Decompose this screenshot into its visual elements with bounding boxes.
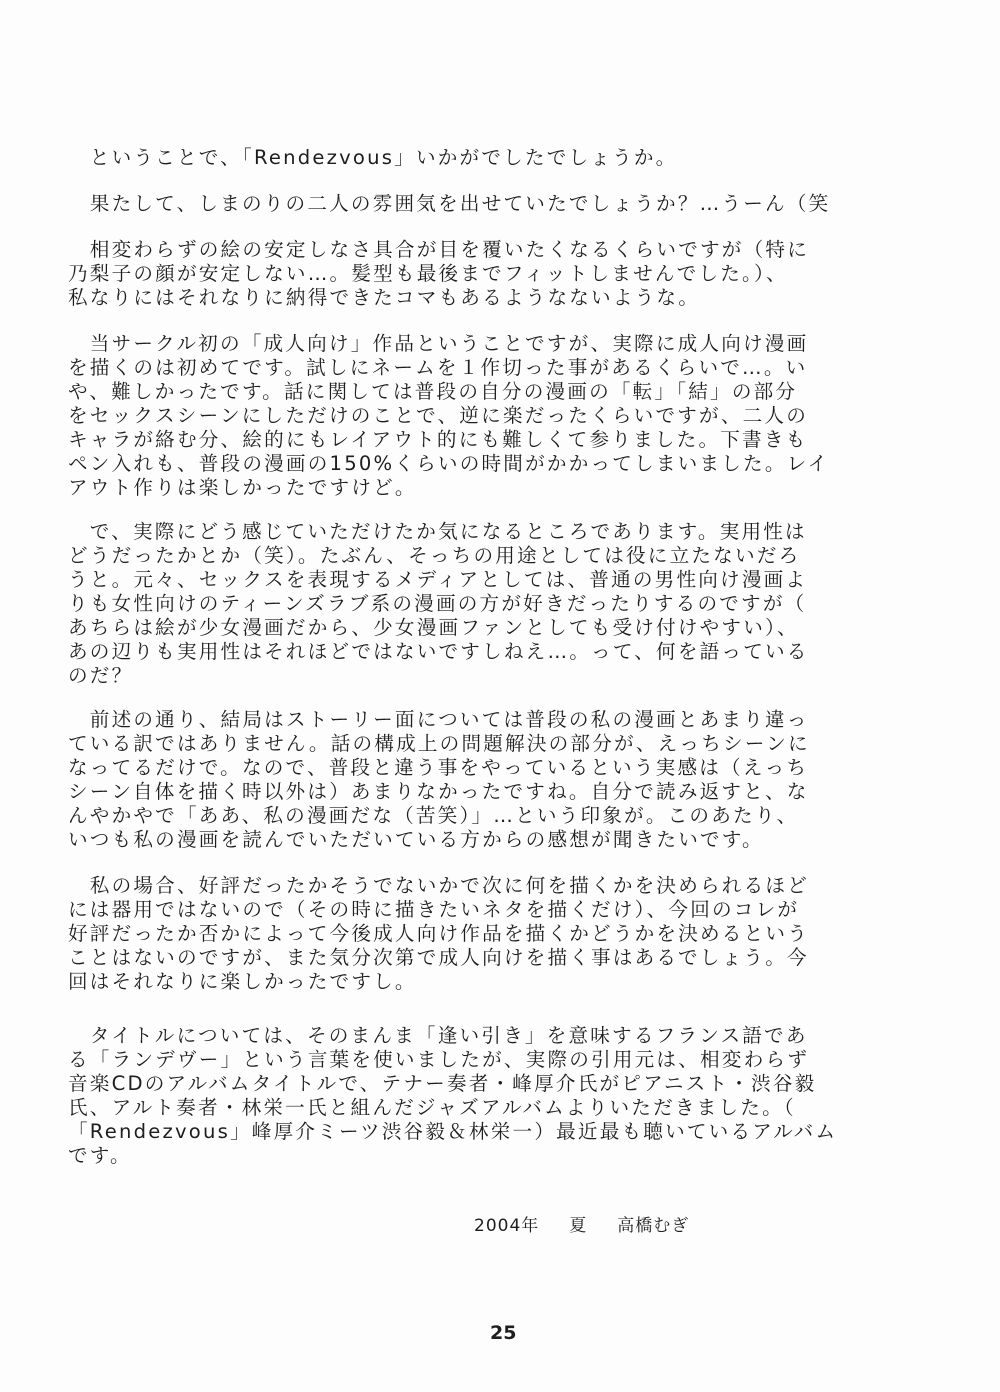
text-line: タイトルについては、そのまんま「逢い引き」を意味するフランス語であ xyxy=(68,1024,808,1048)
text-line: なってるだけで。なので、普段と違う事をやっているという実感は（えっち xyxy=(68,756,808,780)
text-line: には器用ではないので（その時に描きたいネタを描くだけ）、今回のコレが xyxy=(68,898,799,922)
text-line: ペン入れも、普段の漫画の150%くらいの時間がかかってしまいました。レイ xyxy=(68,452,829,476)
text-line: る「ランデヴー」という言葉を使いましたが、実際の引用元は、相変わらず xyxy=(68,1048,809,1072)
text-line: りも女性向けのティーンズラブ系の漫画の方が好きだったりするのですが（ xyxy=(68,592,806,616)
text-line: あちらは絵が少女漫画だから、少女漫画ファンとしても受け付けやすい）、 xyxy=(68,616,799,640)
document-page: ということで、「Rendezvous」いかがでしたでしょうか。 果たして、しまの… xyxy=(0,0,1000,1392)
text-line: ということで、「Rendezvous」いかがでしたでしょうか。 xyxy=(68,146,677,170)
text-line: 好評だったか否かによって今後成人向け作品を描くかどうかを決めるという xyxy=(68,922,809,946)
text-line: どうだったかとか（笑）。たぶん、そっちの用途としては役に立たないだろ xyxy=(68,544,800,568)
text-line: 回はそれなりに楽しかったですし。 xyxy=(68,970,417,994)
text-line: ことはないのですが、また気分次第で成人向けを描く事はあるでしょう。今 xyxy=(68,946,809,970)
signature-author: 高橋むぎ xyxy=(617,1214,689,1238)
signature-season: 夏 xyxy=(569,1214,587,1238)
text-line: 私なりにはそれなりに納得できたコマもあるようなないような。 xyxy=(68,286,700,310)
text-line: アウト作りは楽しかったですけど。 xyxy=(68,476,417,500)
text-line: や、難しかったです。話に関しては普段の自分の漫画の「転」「結」の部分 xyxy=(68,380,797,404)
text-line: を描くのは初めてです。試しにネームを１作切った事があるくらいで…。い xyxy=(68,356,807,380)
text-line: 「Rendezvous」峰厚介ミーツ渋谷毅＆林栄一）最近最も聴いているアルバム xyxy=(68,1120,837,1144)
text-line: キャラが絡む分、絵的にもレイアウト的にも難しくて参りました。下書きも xyxy=(68,428,807,452)
text-line: 私の場合、好評だったかそうでないかで次に何を描くかを決められるほど xyxy=(68,874,809,898)
text-line: 当サークル初の「成人向け」作品ということですが、実際に成人向け漫画 xyxy=(68,332,808,356)
text-line: 音楽CDのアルバムタイトルで、テナー奏者・峰厚介氏がピアニスト・渋谷毅 xyxy=(68,1072,816,1096)
text-line: です。 xyxy=(68,1144,132,1168)
signature: 2004年夏高橋むぎ xyxy=(474,1214,689,1238)
signature-year: 2004年 xyxy=(474,1214,539,1238)
text-line: うと。元々、セックスを表現するメディアとしては、普通の男性向け漫画よ xyxy=(68,568,807,592)
text-line: をセックスシーンにしただけのことで、逆に楽だったくらいですが、二人の xyxy=(68,404,808,428)
text-line: 氏、アルト奏者・林栄一氏と組んだジャズアルバムよりいただきました。（ xyxy=(68,1096,796,1120)
text-line: シーン自体を描く時以外は）あまりなかったですね。自分で読み返すと、な xyxy=(68,780,809,804)
text-line: 果たして、しまのりの二人の雰囲気を出せていたでしょうか？…うーん（笑 xyxy=(68,192,830,216)
text-line: 乃梨子の顔が安定しない…。髪型も最後までフィットしませんでした。）、 xyxy=(68,262,788,286)
text-line: ている訳ではありません。話の構成上の問題解決の部分が、えっちシーンに xyxy=(68,732,810,756)
text-line: 相変わらずの絵の安定しなさ具合が目を覆いたくなるくらいですが（特に xyxy=(68,238,809,262)
text-line: んやかやで「ああ、私の漫画だな（苦笑）」…という印象が。このあたり、 xyxy=(68,804,798,828)
text-line: のだ？ xyxy=(68,664,133,688)
text-line: いつも私の漫画を読んでいただいている方からの感想が聞きたいです。 xyxy=(68,828,764,852)
text-line: で、実際にどう感じていただけたか気になるところであります。実用性は xyxy=(68,520,807,544)
text-line: あの辺りも実用性はそれほどではないですしねえ…。って、何を語っている xyxy=(68,640,809,664)
text-line: 前述の通り、結局はストーリー面については普段の私の漫画とあまり違っ xyxy=(68,708,809,732)
page-number: 25 xyxy=(490,1320,516,1346)
